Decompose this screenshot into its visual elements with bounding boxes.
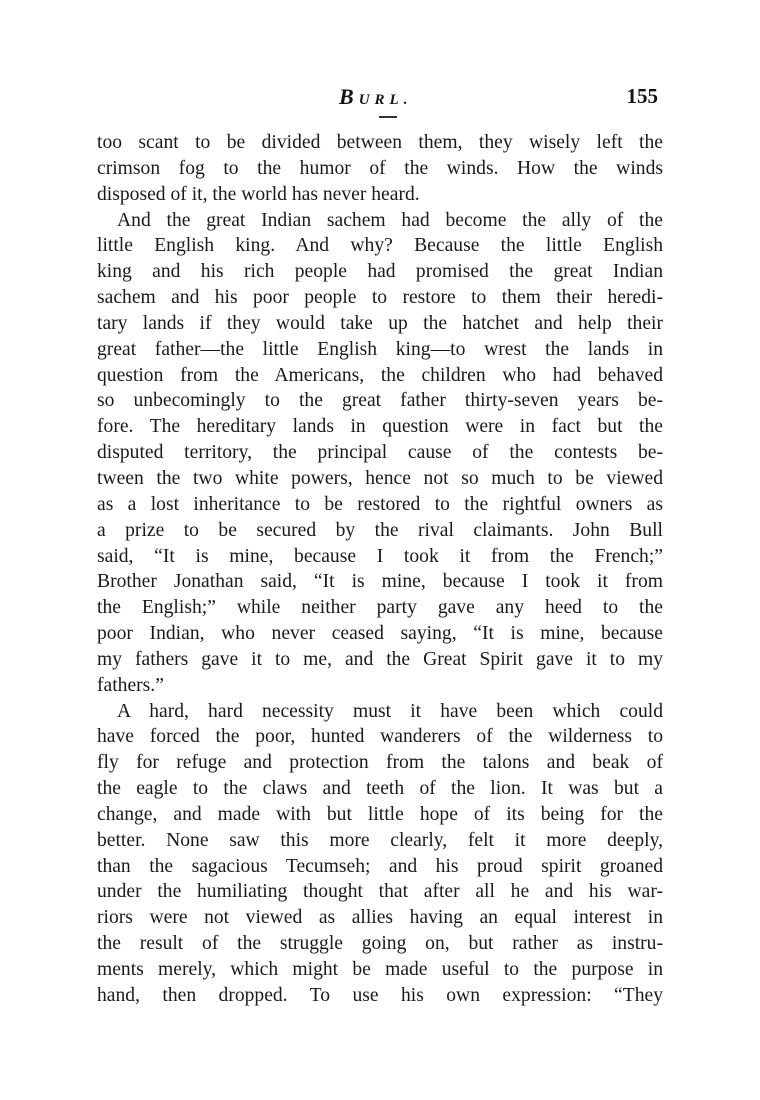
page-header: BURL. 155 <box>97 84 662 114</box>
text-line: said, “It is mine, because I took it fro… <box>97 544 663 570</box>
text-line: little English king. And why? Because th… <box>97 233 663 259</box>
text-line: disputed territory, the principal cause … <box>97 440 663 466</box>
text-line: question from the Americans, the childre… <box>97 363 663 389</box>
running-title-initial: B <box>339 84 359 109</box>
text-line: disposed of it, the world has never hear… <box>97 182 663 208</box>
text-line: poor Indian, who never ceased saying, “I… <box>97 621 663 647</box>
text-line: fathers.” <box>97 673 663 699</box>
text-line: tary lands if they would take up the hat… <box>97 311 663 337</box>
text-line: And the great Indian sachem had become t… <box>97 208 663 234</box>
text-line: fore. The hereditary lands in question w… <box>97 414 663 440</box>
text-line: the result of the struggle going on, but… <box>97 931 663 957</box>
text-line: than the sagacious Tecumseh; and his pro… <box>97 854 663 880</box>
text-line: sachem and his poor people to restore to… <box>97 285 663 311</box>
text-line: as a lost inheritance to be restored to … <box>97 492 663 518</box>
running-title-rest: URL. <box>359 92 413 108</box>
text-line: under the humiliating thought that after… <box>97 879 663 905</box>
text-line: king and his rich people had promised th… <box>97 259 663 285</box>
text-line: the eagle to the claws and teeth of the … <box>97 776 663 802</box>
text-line: A hard, hard necessity must it have been… <box>97 699 663 725</box>
text-line: a prize to be secured by the rival claim… <box>97 518 663 544</box>
text-line: riors were not viewed as allies having a… <box>97 905 663 931</box>
text-line: too scant to be divided between them, th… <box>97 130 663 156</box>
text-line: change, and made with but little hope of… <box>97 802 663 828</box>
header-rule <box>379 116 397 118</box>
text-line: ments merely, which might be made useful… <box>97 957 663 983</box>
text-line: tween the two white powers, hence not so… <box>97 466 663 492</box>
text-line: hand, then dropped. To use his own expre… <box>97 983 663 1009</box>
body-text: too scant to be divided between them, th… <box>97 130 663 1009</box>
text-line: have forced the poor, hunted wanderers o… <box>97 724 663 750</box>
page-number: 155 <box>627 84 659 109</box>
text-line: fly for refuge and protection from the t… <box>97 750 663 776</box>
running-title: BURL. <box>339 84 412 110</box>
text-line: better. None saw this more clearly, felt… <box>97 828 663 854</box>
text-line: so unbecomingly to the great father thir… <box>97 388 663 414</box>
text-line: my fathers gave it to me, and the Great … <box>97 647 663 673</box>
text-line: Brother Jonathan said, “It is mine, beca… <box>97 569 663 595</box>
text-line: great father—the little English king—to … <box>97 337 663 363</box>
text-line: crimson fog to the humor of the winds. H… <box>97 156 663 182</box>
book-page: BURL. 155 too scant to be divided betwee… <box>0 0 760 1100</box>
text-line: the English;” while neither party gave a… <box>97 595 663 621</box>
